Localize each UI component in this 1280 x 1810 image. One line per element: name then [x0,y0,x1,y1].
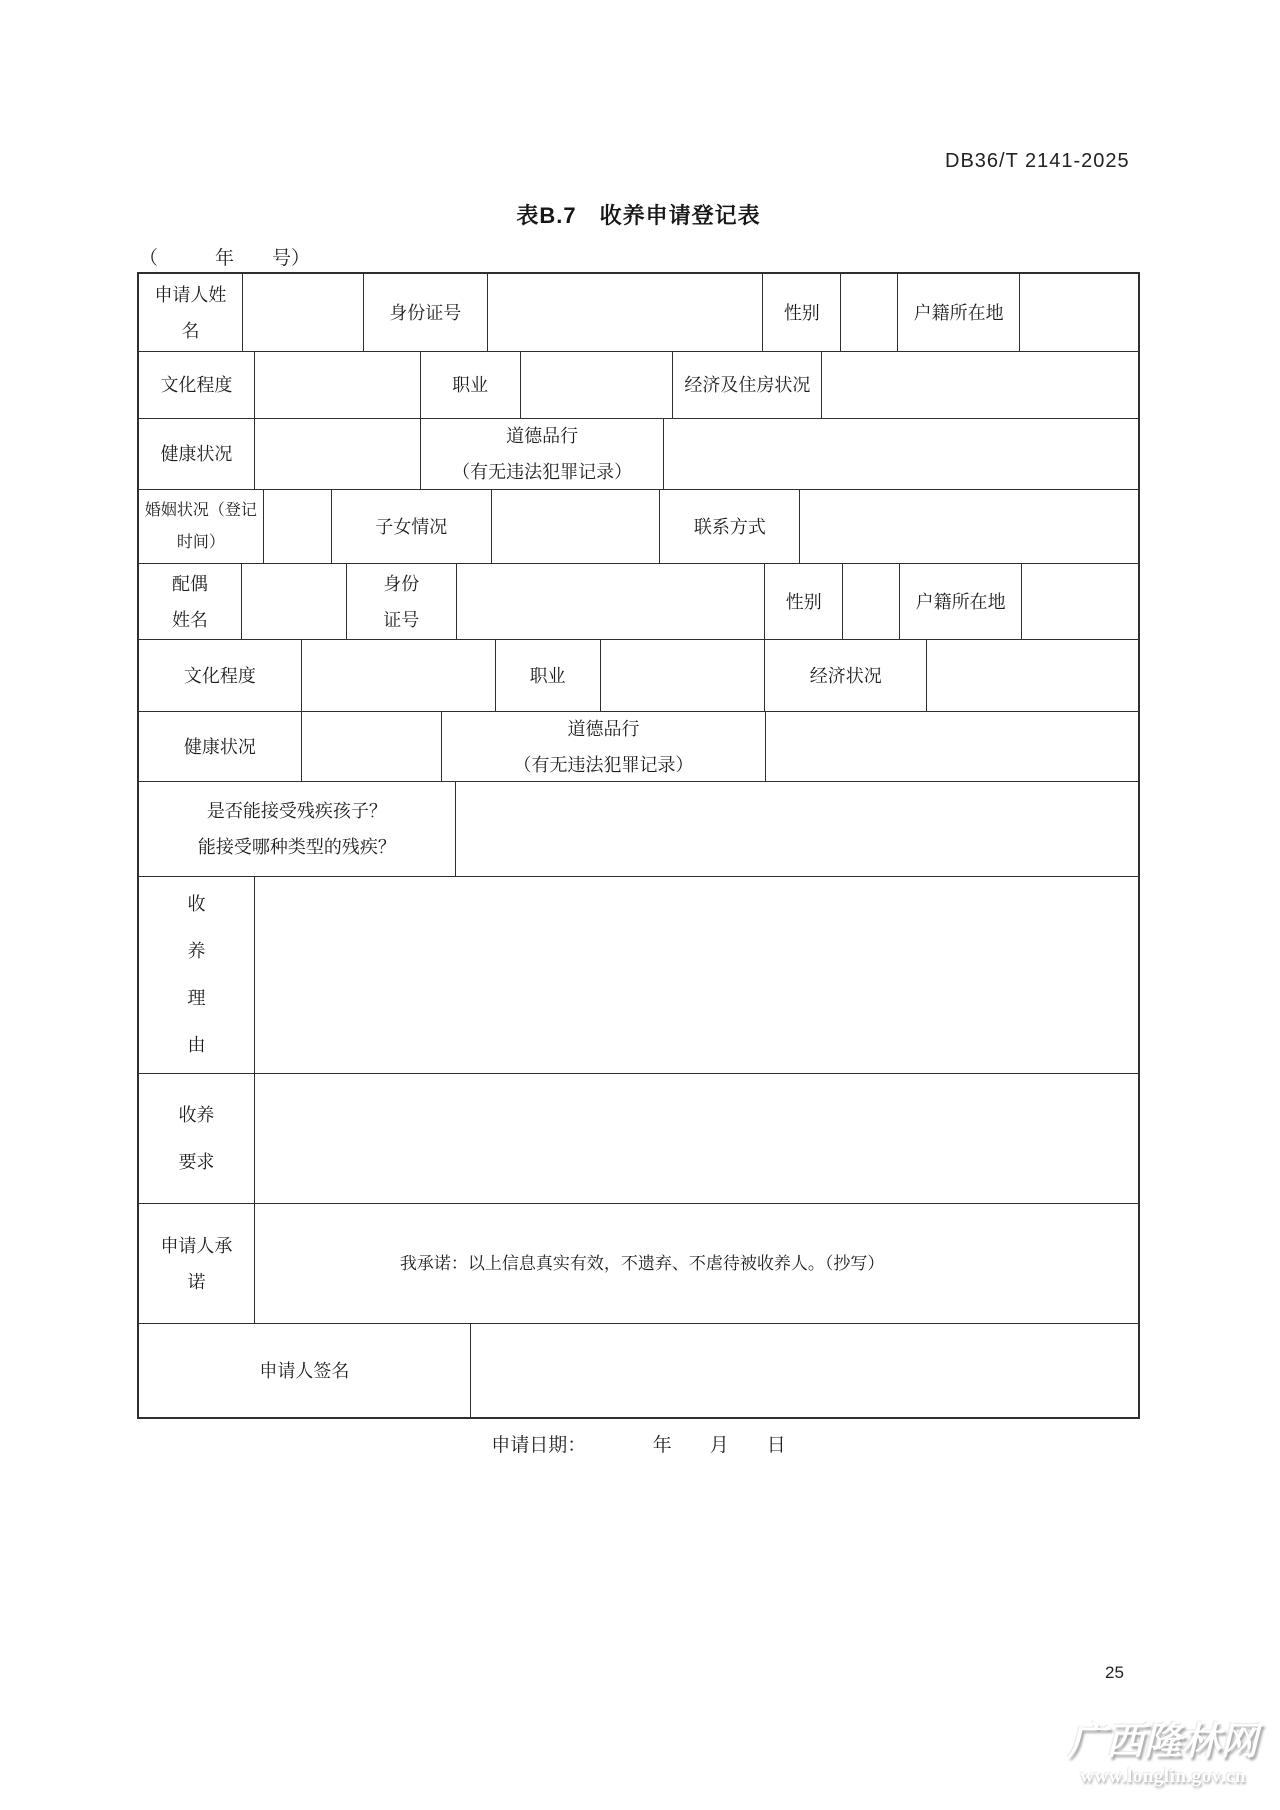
page-title: 表B.7 收养申请登记表 [137,199,1140,230]
table-row: 健康状况道德品行 （有无违法犯罪记录） [139,419,1138,490]
spouse-health-label: 健康状况 [139,712,302,781]
moral-conduct-value [664,419,1138,489]
adoption-reason-label: 收 养 理 由 [139,877,255,1073]
health-label: 健康状况 [139,419,255,489]
adoption-form-table: 申请人姓 名身份证号性别户籍所在地文化程度职业经济及住房状况健康状况道德品行 （… [137,272,1140,1419]
occupation-value [521,352,674,418]
education-value [255,352,421,418]
spouse-occupation-label: 职业 [496,640,601,711]
table-row: 文化程度职业经济及住房状况 [139,352,1138,419]
table-row: 申请人姓 名身份证号性别户籍所在地 [139,274,1138,352]
applicant-commitment-label: 申请人承 诺 [139,1204,255,1323]
spouse-economic-value [927,640,1138,711]
site-watermark: 广西隆林网 www.longlin.gov.cn [1058,1720,1268,1788]
table-row: 婚姻状况（登记 时间）子女情况联系方式 [139,490,1138,564]
applicant-name-label: 申请人姓 名 [139,274,243,351]
id-number-label: 身份证号 [364,274,488,351]
disability-acceptance-label: 是否能接受残疾孩子？ 能接受哪种类型的残疾？ [139,782,456,876]
economic-housing-label: 经济及住房状况 [673,352,822,418]
applicant-signature-value [471,1324,1138,1417]
document-page: DB36/T 2141-2025 表B.7 收养申请登记表 （ 年 号） 申请人… [0,0,1280,1810]
spouse-health-value [302,712,442,781]
table-row: 配偶 姓名身份 证号性别户籍所在地 [139,564,1138,640]
occupation-label: 职业 [421,352,521,418]
adoption-requirements-value [255,1074,1138,1203]
table-row: 收 养 理 由 [139,877,1138,1074]
table-row: 文化程度职业经济状况 [139,640,1138,712]
spouse-occupation-value [601,640,766,711]
applicant-name-value [243,274,364,351]
table-row: 申请人承 诺我承诺：以上信息真实有效，不遗弃、不虐待被收养人。（抄写） [139,1204,1138,1324]
household-registration-label: 户籍所在地 [898,274,1020,351]
watermark-site-url: www.longlin.gov.cn [1058,1766,1268,1788]
contact-label: 联系方式 [660,490,800,563]
applicant-commitment-text: 我承诺：以上信息真实有效，不遗弃、不虐待被收养人。（抄写） [255,1204,1138,1323]
table-row: 健康状况道德品行 （有无违法犯罪记录） [139,712,1138,782]
spouse-gender-value [843,564,900,639]
adoption-requirements-label: 收养 要求 [139,1074,255,1203]
spouse-name-value [242,564,347,639]
applicant-signature-label: 申请人签名 [139,1324,471,1417]
table-row: 是否能接受残疾孩子？ 能接受哪种类型的残疾？ [139,782,1138,877]
children-value [492,490,661,563]
table-row: 申请人签名 [139,1324,1138,1417]
education-label: 文化程度 [139,352,255,418]
watermark-site-name: 广西隆林网 [1058,1720,1268,1766]
disability-acceptance-value [456,782,1138,876]
spouse-name-label: 配偶 姓名 [139,564,242,639]
moral-conduct-label: 道德品行 （有无违法犯罪记录） [421,419,665,489]
spouse-moral-conduct-value [766,712,1138,781]
adoption-reason-value [255,877,1138,1073]
spouse-moral-conduct-label: 道德品行 （有无违法犯罪记录） [442,712,767,781]
gender-label: 性别 [763,274,841,351]
spouse-id-number-label: 身份 证号 [347,564,457,639]
id-number-value [488,274,764,351]
spouse-household-label: 户籍所在地 [900,564,1022,639]
page-number: 25 [1105,1663,1124,1683]
spouse-economic-label: 经济状况 [765,640,927,711]
marital-status-label: 婚姻状况（登记 时间） [139,490,264,563]
spouse-education-value [302,640,496,711]
contact-value [800,490,1138,563]
application-date-line: 申请日期： 年 月 日 [137,1430,1140,1457]
economic-housing-value [822,352,1138,418]
standard-code: DB36/T 2141-2025 [945,150,1145,173]
spouse-id-number-value [457,564,766,639]
gender-value [841,274,898,351]
household-registration-value [1020,274,1138,351]
spouse-education-label: 文化程度 [139,640,302,711]
table-row: 收养 要求 [139,1074,1138,1204]
children-label: 子女情况 [332,490,492,563]
health-value [255,419,421,489]
year-number-line: （ 年 号） [139,243,310,270]
spouse-gender-label: 性别 [765,564,843,639]
marital-status-value [264,490,332,563]
spouse-household-value [1022,564,1138,639]
